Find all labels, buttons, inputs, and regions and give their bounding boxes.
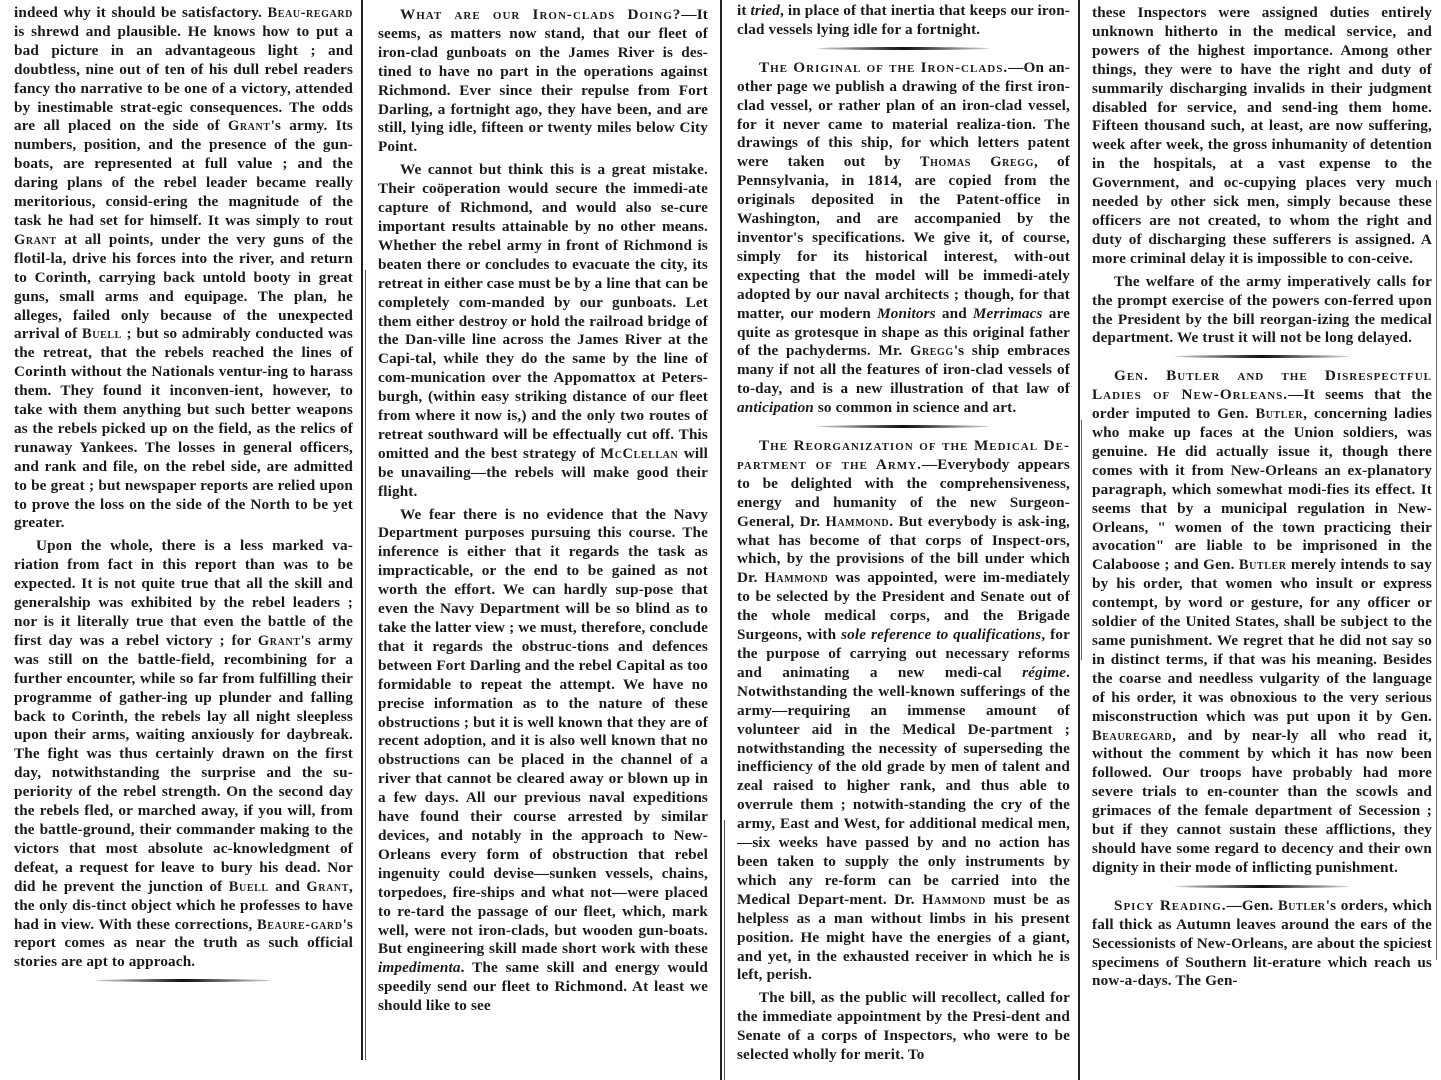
proper-name: Gregg — [910, 343, 954, 359]
proper-name: Beau-regard — [267, 5, 353, 21]
text-run: so common in science and art. — [814, 399, 1016, 416]
proper-name: McClellan — [600, 446, 678, 462]
italic-text: impedimenta — [378, 959, 461, 976]
article-paragraph: We cannot but think this is a great mist… — [378, 161, 708, 501]
text-run: it — [737, 2, 751, 19]
proper-name: Thomas Gregg — [920, 154, 1034, 170]
proper-name: Butler — [1255, 406, 1303, 422]
italic-text: Merrimacs — [973, 305, 1043, 322]
proper-name: Butler — [1239, 557, 1287, 573]
italic-text: Monitors — [877, 305, 936, 322]
column-rule — [1078, 0, 1080, 1080]
article-heading: The Original of the Iron-clads. — [759, 59, 1008, 76]
article-paragraph: indeed why it should be satisfactory. Be… — [14, 4, 353, 533]
text-run: , of Pennsylvania, in 1814, are copied f… — [737, 153, 1070, 321]
section-separator — [95, 979, 271, 982]
proper-name: Grant — [306, 879, 349, 895]
article-paragraph: Gen. Butler and the Disrespectful Ladies… — [1092, 367, 1432, 877]
text-run: , concerning ladies who make up faces at… — [1092, 405, 1432, 573]
column-3: it tried, in place of that inertia that … — [737, 2, 1070, 1080]
article-paragraph: Spicy Reading.—Gen. Butler's orders, whi… — [1092, 897, 1432, 992]
article-paragraph: What are our Iron-clads Doing?—It seems,… — [378, 6, 708, 157]
column-1: indeed why it should be satisfactory. Be… — [14, 4, 353, 1080]
text-run: , and by near-ly all who read it, withou… — [1092, 727, 1432, 876]
article-paragraph: The bill, as the public will recollect, … — [737, 989, 1070, 1065]
italic-text: anticipation — [737, 399, 814, 416]
article-paragraph: We fear there is no evidence that the Na… — [378, 506, 708, 1016]
page-edge — [1436, 180, 1437, 960]
column-2: What are our Iron-clads Doing?—It seems,… — [378, 6, 708, 1080]
article-heading: Spicy Reading. — [1114, 897, 1227, 914]
article-paragraph: Upon the whole, there is a less marked v… — [14, 537, 353, 972]
text-run: ; but so admirably conducted was the ret… — [14, 325, 353, 531]
proper-name: Hammond — [825, 514, 889, 530]
column-rule — [724, 820, 725, 1080]
article-paragraph: The Original of the Iron-clads.—On an-ot… — [737, 59, 1070, 418]
text-run: merely intends to say by his order, that… — [1092, 556, 1432, 724]
proper-name: Buell — [82, 326, 122, 342]
article-heading: What are our Iron-clads Doing? — [400, 6, 681, 23]
section-separator — [1174, 885, 1351, 888]
text-run: —It seems, as matters now stand, that ou… — [378, 6, 708, 155]
proper-name: Grant — [258, 633, 301, 649]
text-run: indeed why it should be satisfactory. — [14, 4, 267, 21]
proper-name: Buell — [229, 879, 269, 895]
column-rule — [361, 0, 363, 1060]
text-run: 's army was still on the battle-field, r… — [14, 632, 353, 895]
article-paragraph: these Inspectors were assigned duties en… — [1092, 4, 1432, 269]
text-run: and — [269, 878, 307, 895]
text-run: We fear there is no evidence that the Na… — [378, 506, 708, 958]
section-separator — [1174, 355, 1351, 358]
text-run: —Gen. — [1227, 897, 1278, 914]
section-separator — [817, 47, 990, 50]
text-run: We cannot but think this is a great mist… — [378, 161, 708, 462]
column-rule — [720, 0, 722, 1080]
proper-name: Hammond — [922, 892, 986, 908]
article-paragraph: it tried, in place of that inertia that … — [737, 2, 1070, 40]
section-separator — [817, 425, 990, 428]
proper-name: Grant — [14, 232, 57, 248]
newspaper-page: indeed why it should be satisfactory. Be… — [0, 0, 1441, 1080]
proper-name: Grant — [228, 118, 271, 134]
article-paragraph: The Reorganization of the Medical De-par… — [737, 437, 1070, 985]
proper-name: Beauregard — [1092, 728, 1172, 744]
column-rule — [1081, 420, 1082, 660]
proper-name: Butler — [1278, 898, 1326, 914]
italic-text: sole reference to qualifications — [841, 626, 1041, 643]
text-run: . Notwithstanding the well-known sufferi… — [737, 664, 1070, 908]
text-run: The welfare of the army imperatively cal… — [1092, 273, 1432, 347]
text-run: The bill, as the public will recollect, … — [737, 989, 1070, 1063]
italic-text: tried — [751, 2, 780, 19]
proper-name: Hammond — [765, 570, 829, 586]
text-run: and — [936, 305, 973, 322]
text-run: these Inspectors were assigned duties en… — [1092, 4, 1432, 267]
column-4: these Inspectors were assigned duties en… — [1092, 4, 1432, 1080]
column-rule — [365, 270, 366, 1060]
italic-text: régime — [1022, 664, 1066, 681]
text-run: , in place of that inertia that keeps ou… — [737, 2, 1070, 38]
proper-name: Beaure-gard — [257, 917, 343, 933]
article-paragraph: The welfare of the army imperatively cal… — [1092, 273, 1432, 349]
